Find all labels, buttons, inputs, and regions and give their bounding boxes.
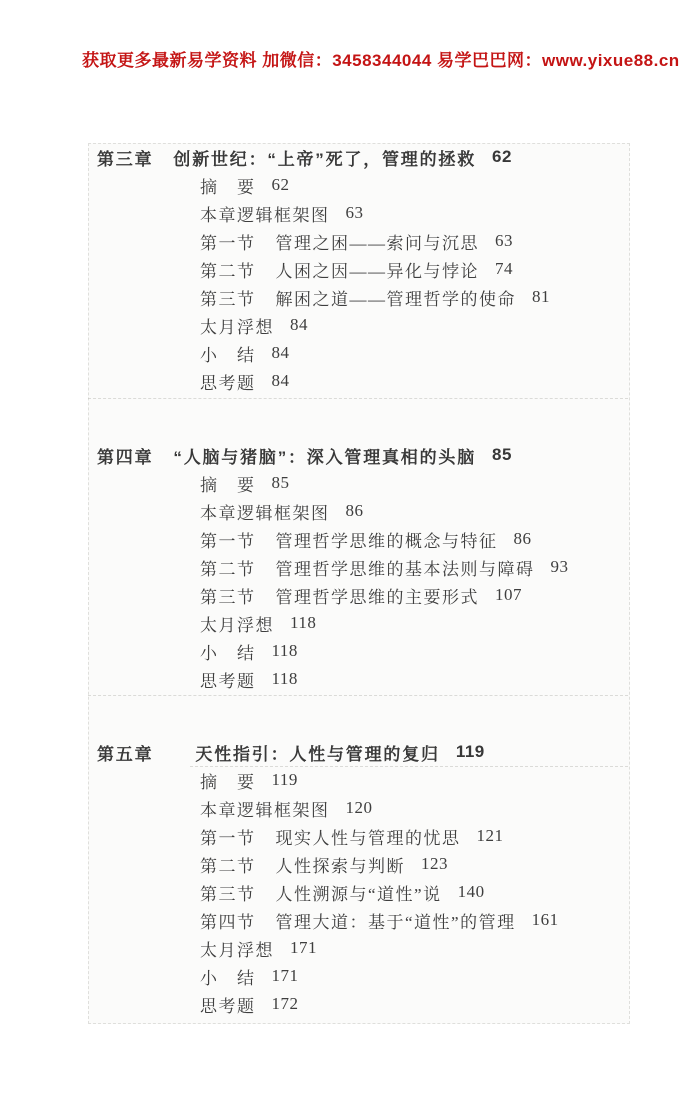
entry-title: 人性溯源与“道性”说 (276, 880, 442, 905)
entry-title: 太月浮想 (200, 936, 274, 961)
entry-title: 摘 要 (200, 768, 256, 793)
entry-title: 思考题 (200, 992, 256, 1017)
toc-entry-row: 小 结171 (97, 962, 657, 990)
toc-entry-row: 摘 要85 (97, 469, 657, 497)
toc-entry-row: 本章逻辑框架图63 (97, 199, 657, 227)
scanned-toc-page: 获取更多最新易学资料 加微信：3458344044 易学巴巴网：www.yixu… (0, 0, 696, 1120)
entry-title: 小 结 (200, 964, 256, 989)
chapter-heading-row: 第四章“人脑与猪脑”：深入管理真相的头脑85 (97, 441, 657, 469)
entry-title: 解困之道——管理哲学的使命 (276, 285, 517, 310)
section-number: 第一节 (200, 229, 256, 254)
entry-title: 本章逻辑框架图 (200, 201, 330, 226)
toc-entry-row: 第二节管理哲学思维的基本法则与障碍93 (97, 553, 657, 581)
chapter-items: 摘 要119本章逻辑框架图120第一节现实人性与管理的忧思121第二节人性探索与… (97, 766, 657, 1018)
entry-page-number: 85 (272, 473, 290, 493)
chapter-page-number: 85 (492, 445, 512, 465)
toc-entry-row: 第三节人性溯源与“道性”说140 (97, 878, 657, 906)
chapter-page-number: 119 (456, 742, 485, 762)
chapter-heading-row: 第三章创新世纪：“上帝”死了，管理的拯救62 (97, 143, 657, 171)
toc-entry-row: 太月浮想171 (97, 934, 657, 962)
entry-title: 本章逻辑框架图 (200, 796, 330, 821)
entry-page-number: 107 (495, 585, 522, 605)
entry-title: 管理大道：基于“道性”的管理 (276, 908, 516, 933)
toc-entry-row: 摘 要62 (97, 171, 657, 199)
toc-entry-row: 第三节解困之道——管理哲学的使命81 (97, 283, 657, 311)
entry-page-number: 63 (346, 203, 364, 223)
toc-entry-row: 第四节管理大道：基于“道性”的管理161 (97, 906, 657, 934)
section-number: 第一节 (200, 527, 256, 552)
entry-page-number: 171 (290, 938, 317, 958)
section-number: 第二节 (200, 555, 256, 580)
entry-title: 小 结 (200, 639, 256, 664)
toc-entry-row: 小 结84 (97, 339, 657, 367)
section-number: 第一节 (200, 824, 256, 849)
toc-entry-row: 本章逻辑框架图86 (97, 497, 657, 525)
entry-page-number: 63 (495, 231, 513, 251)
chapter-block: 第四章“人脑与猪脑”：深入管理真相的头脑85摘 要85本章逻辑框架图86第一节管… (97, 441, 657, 693)
entry-page-number: 118 (272, 641, 298, 661)
section-number: 第四节 (200, 908, 256, 933)
chapter-page-number: 62 (492, 147, 512, 167)
entry-title: 管理之困——索问与沉思 (276, 229, 480, 254)
entry-page-number: 123 (421, 854, 448, 874)
entry-title: 人困之因——异化与悖论 (276, 257, 480, 282)
entry-page-number: 93 (551, 557, 569, 577)
entry-title: 管理哲学思维的主要形式 (276, 583, 480, 608)
entry-title: 太月浮想 (200, 313, 274, 338)
entry-page-number: 84 (272, 371, 290, 391)
entry-page-number: 121 (477, 826, 504, 846)
entry-page-number: 86 (346, 501, 364, 521)
entry-title: 人性探索与判断 (276, 852, 406, 877)
chapter-title: 创新世纪：“上帝”死了，管理的拯救 (173, 145, 476, 170)
entry-page-number: 62 (272, 175, 290, 195)
toc-entry-row: 第一节管理之困——索问与沉思63 (97, 227, 657, 255)
toc-entry-row: 思考题172 (97, 990, 657, 1018)
entry-title: 摘 要 (200, 471, 256, 496)
entry-title: 管理哲学思维的基本法则与障碍 (276, 555, 535, 580)
toc-entry-row: 第二节人性探索与判断123 (97, 850, 657, 878)
chapter-items: 摘 要85本章逻辑框架图86第一节管理哲学思维的概念与特征86第二节管理哲学思维… (97, 469, 657, 693)
chapter-number: 第五章 (97, 740, 153, 765)
toc-entry-row: 第一节管理哲学思维的概念与特征86 (97, 525, 657, 553)
toc-entry-row: 第三节管理哲学思维的主要形式107 (97, 581, 657, 609)
entry-page-number: 84 (272, 343, 290, 363)
toc-entry-row: 思考题118 (97, 665, 657, 693)
scan-separator-line (88, 398, 628, 399)
entry-page-number: 120 (346, 798, 373, 818)
section-number: 第二节 (200, 257, 256, 282)
scan-separator-line (88, 695, 628, 696)
chapter-title: 天性指引：人性与管理的复归 (195, 740, 439, 765)
entry-title: 思考题 (200, 667, 256, 692)
toc-entry-row: 第二节人困之因——异化与悖论74 (97, 255, 657, 283)
entry-page-number: 172 (272, 994, 299, 1014)
chapter-block: 第五章天性指引：人性与管理的复归119摘 要119本章逻辑框架图120第一节现实… (97, 738, 657, 1018)
toc-entry-row: 小 结118 (97, 637, 657, 665)
section-number: 第三节 (200, 285, 256, 310)
entry-page-number: 81 (532, 287, 550, 307)
section-number: 第二节 (200, 852, 256, 877)
section-number: 第三节 (200, 583, 256, 608)
entry-title: 现实人性与管理的忧思 (276, 824, 461, 849)
entry-page-number: 86 (514, 529, 532, 549)
chapter-number: 第四章 (97, 443, 153, 468)
chapter-title: “人脑与猪脑”：深入管理真相的头脑 (173, 443, 476, 468)
toc-entry-row: 思考题84 (97, 367, 657, 395)
toc-entry-row: 太月浮想118 (97, 609, 657, 637)
entry-page-number: 171 (272, 966, 299, 986)
promo-header-text: 获取更多最新易学资料 加微信：3458344044 易学巴巴网：www.yixu… (82, 46, 680, 71)
toc-entry-row: 摘 要119 (97, 766, 657, 794)
chapter-heading-row: 第五章天性指引：人性与管理的复归119 (97, 738, 657, 766)
entry-title: 小 结 (200, 341, 256, 366)
entry-title: 本章逻辑框架图 (200, 499, 330, 524)
entry-page-number: 119 (272, 770, 298, 790)
entry-page-number: 84 (290, 315, 308, 335)
entry-title: 管理哲学思维的概念与特征 (276, 527, 498, 552)
entry-page-number: 140 (458, 882, 485, 902)
entry-title: 太月浮想 (200, 611, 274, 636)
entry-page-number: 161 (532, 910, 559, 930)
entry-page-number: 74 (495, 259, 513, 279)
toc-entry-row: 本章逻辑框架图120 (97, 794, 657, 822)
toc-entry-row: 第一节现实人性与管理的忧思121 (97, 822, 657, 850)
chapter-block: 第三章创新世纪：“上帝”死了，管理的拯救62摘 要62本章逻辑框架图63第一节管… (97, 143, 657, 395)
toc-entry-row: 太月浮想84 (97, 311, 657, 339)
section-number: 第三节 (200, 880, 256, 905)
entry-title: 摘 要 (200, 173, 256, 198)
chapter-number: 第三章 (97, 145, 153, 170)
chapter-items: 摘 要62本章逻辑框架图63第一节管理之困——索问与沉思63第二节人困之因——异… (97, 171, 657, 395)
entry-page-number: 118 (290, 613, 316, 633)
entry-title: 思考题 (200, 369, 256, 394)
entry-page-number: 118 (272, 669, 298, 689)
